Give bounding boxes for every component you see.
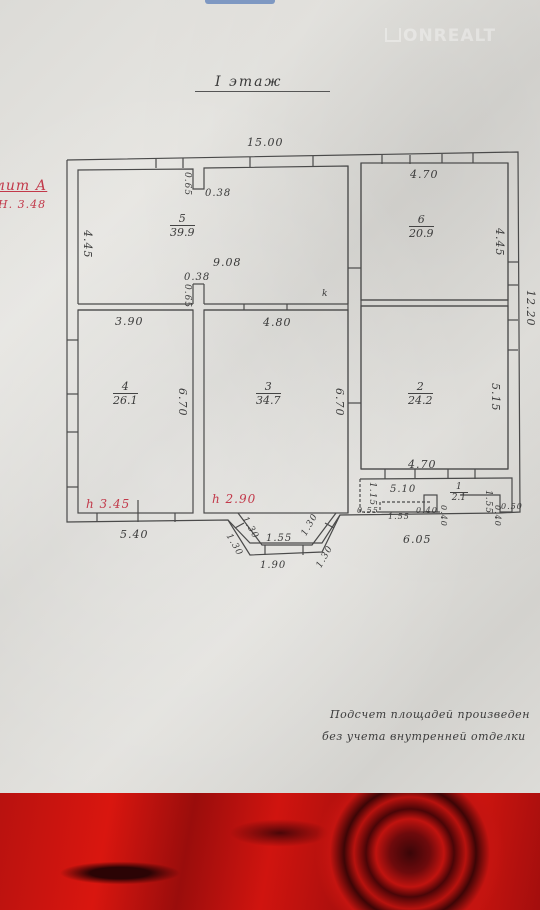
opening-top-height: 0.65	[182, 172, 192, 196]
vestibule-dim-3: 1.55	[388, 512, 410, 521]
room-3-dim-top: 4.80	[263, 316, 292, 329]
vestibule-dim-7: 0.50	[501, 502, 523, 511]
porch-dim-center-outer: 1.90	[260, 560, 286, 571]
room-3-height: h 2.90	[212, 492, 256, 506]
dim-bottom-right: 6.05	[403, 533, 432, 546]
room-3-dim-right: 6.70	[333, 388, 346, 417]
room-6-dim-top: 4.70	[410, 168, 439, 181]
room-2-label: 224.2	[408, 380, 433, 408]
room-2-dim-bottom: 4.70	[408, 458, 437, 471]
room-6-label: 620.9	[409, 213, 434, 241]
room-6-dim-right: 4.45	[493, 228, 506, 257]
room-4-dim-right: 6.70	[176, 388, 189, 417]
room-4-dim-top: 3.90	[115, 315, 144, 328]
dim-total-width: 15.00	[247, 136, 284, 149]
footnote-line-2: без учета внутренней отделки	[322, 730, 526, 743]
vestibule-dim-5: 0.40	[439, 505, 448, 527]
opening-mid-width: 0.38	[184, 272, 210, 283]
room-3-label: 334.7	[256, 380, 281, 408]
opening-mid-height: 0.65	[182, 284, 192, 308]
dim-total-depth: 12.20	[524, 290, 537, 327]
footnote-line-1: Подсчет площадей произведен	[330, 708, 530, 721]
room-1-dim-right: 1.55	[483, 490, 493, 514]
room-5-dim-inner: 9.08	[213, 256, 242, 269]
room-1-dim-top: 5.10	[390, 484, 416, 495]
room-1-label: 12.1	[450, 483, 468, 503]
room-5-dim-left: 4.45	[81, 230, 94, 259]
marker-k: k	[322, 289, 328, 299]
vestibule-dim-4: 0.40	[416, 506, 438, 515]
porch-dim-center-inner: 1.55	[266, 533, 292, 544]
room-2-dim-right: 5.15	[489, 383, 502, 412]
opening-top-width: 0.38	[205, 188, 231, 199]
room-4-height: h 3.45	[86, 497, 130, 511]
vestibule-dim-1: 0.55	[357, 506, 379, 515]
room-4-label: 426.1	[113, 380, 138, 408]
red-rose-carpet-background	[0, 793, 540, 910]
room-5-label: 539.9	[170, 212, 195, 240]
dim-bottom-left: 5.40	[120, 528, 149, 541]
room-1-dim-left: 1.15	[367, 482, 377, 506]
